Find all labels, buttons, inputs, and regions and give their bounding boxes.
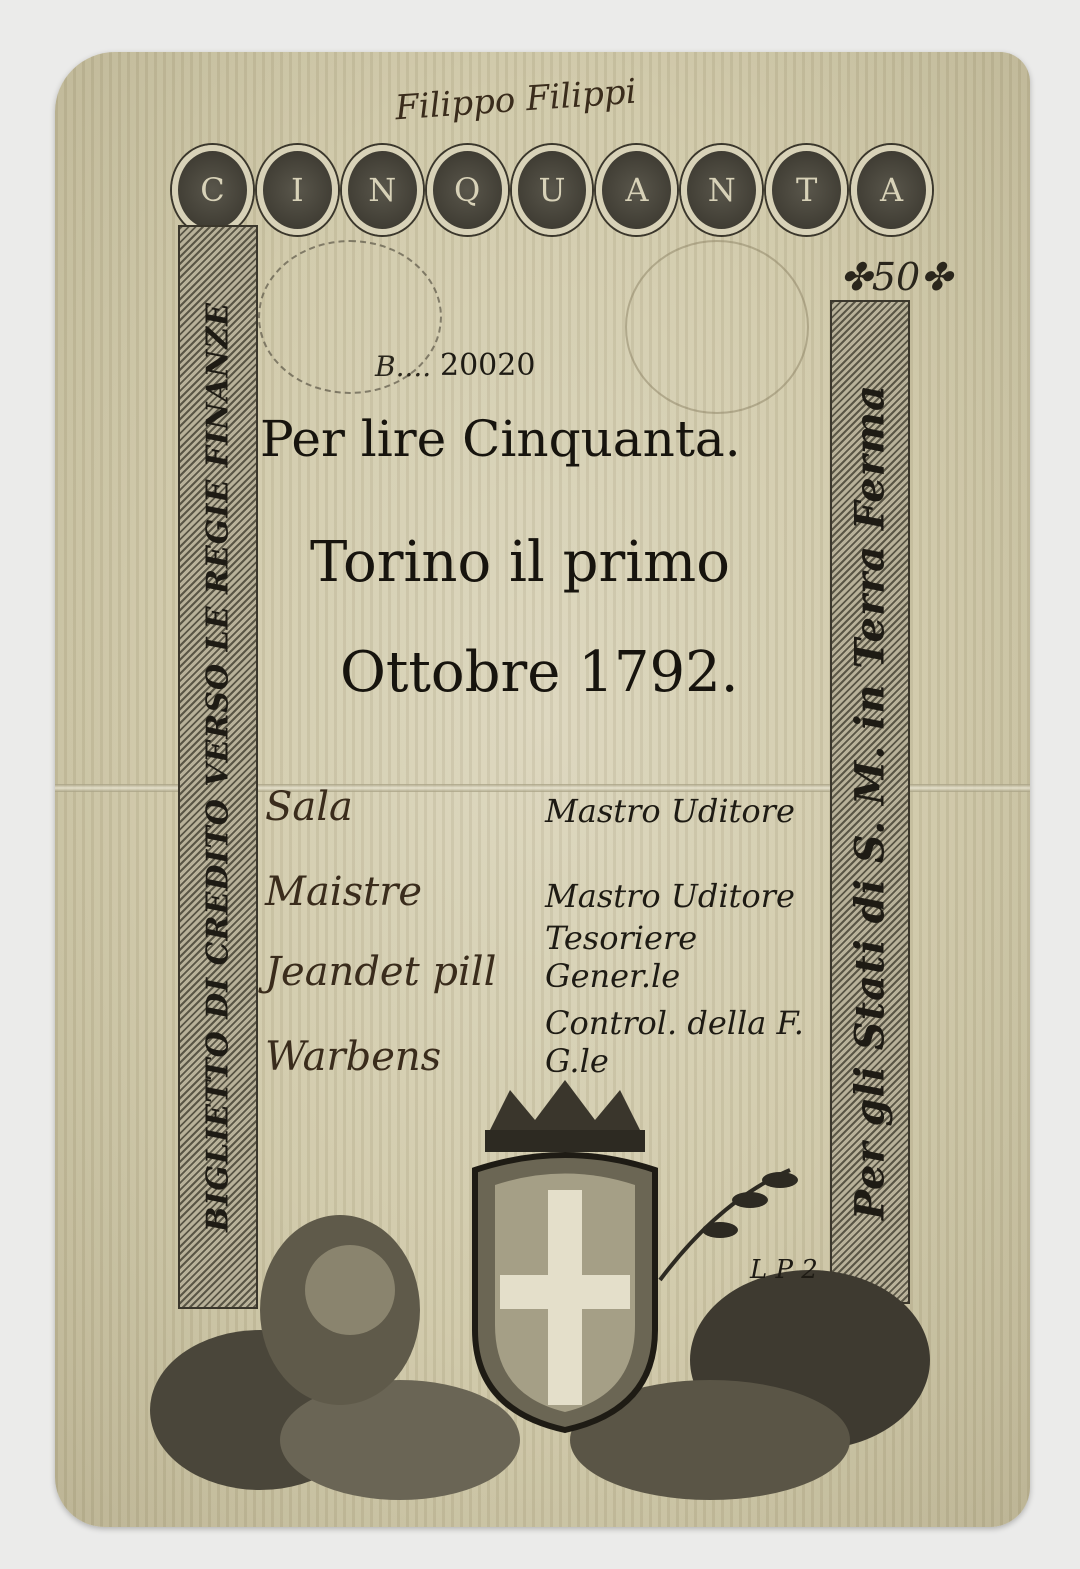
signature-name: Sala [265,784,545,830]
savoy-coat-of-arms-icon [150,1080,930,1500]
medallion-letter: U [512,145,593,235]
signature-row: Maistre Mastro Uditore [265,855,830,915]
signature-row: Warbens Control. della F. G.le [265,1020,830,1080]
medallion-letter: I [257,145,338,235]
signature-title: Control. della F. G.le [545,1004,830,1080]
place-line: Torino il primo [310,530,730,595]
medallion-letter: A [851,145,932,235]
portrait-watermark-icon [625,240,809,414]
signature-name: Maistre [265,869,545,915]
signature-row: Sala Mastro Uditore [265,770,830,830]
header-medallions: C I N Q U A N T A [172,145,932,225]
signature-title: Mastro Uditore [545,792,795,830]
medallion-letter: Q [427,145,508,235]
value-line: Per lire Cinquanta. [260,410,741,468]
signature-title: Mastro Uditore [545,877,795,915]
denomination-value: 50 [872,255,920,299]
medallion-letter: T [766,145,847,235]
signature-name: Jeandet pill [265,949,545,995]
denomination-corner: ✤50✤ [840,255,952,299]
signature-row: Jeandet pill Tesoriere Gener.le [265,935,830,995]
medallion-letter: C [172,145,253,235]
signature-title: Tesoriere Gener.le [545,919,830,995]
medallion-letter: N [342,145,423,235]
engraver-mark: L P 2 [750,1255,818,1285]
date-line: Ottobre 1792. [340,640,739,705]
medallion-letter: A [596,145,677,235]
medallion-letter: N [681,145,762,235]
signature-name: Warbens [265,1034,545,1080]
serial-number: 20020 [440,348,535,383]
serial-prefix: B.... [375,350,431,383]
